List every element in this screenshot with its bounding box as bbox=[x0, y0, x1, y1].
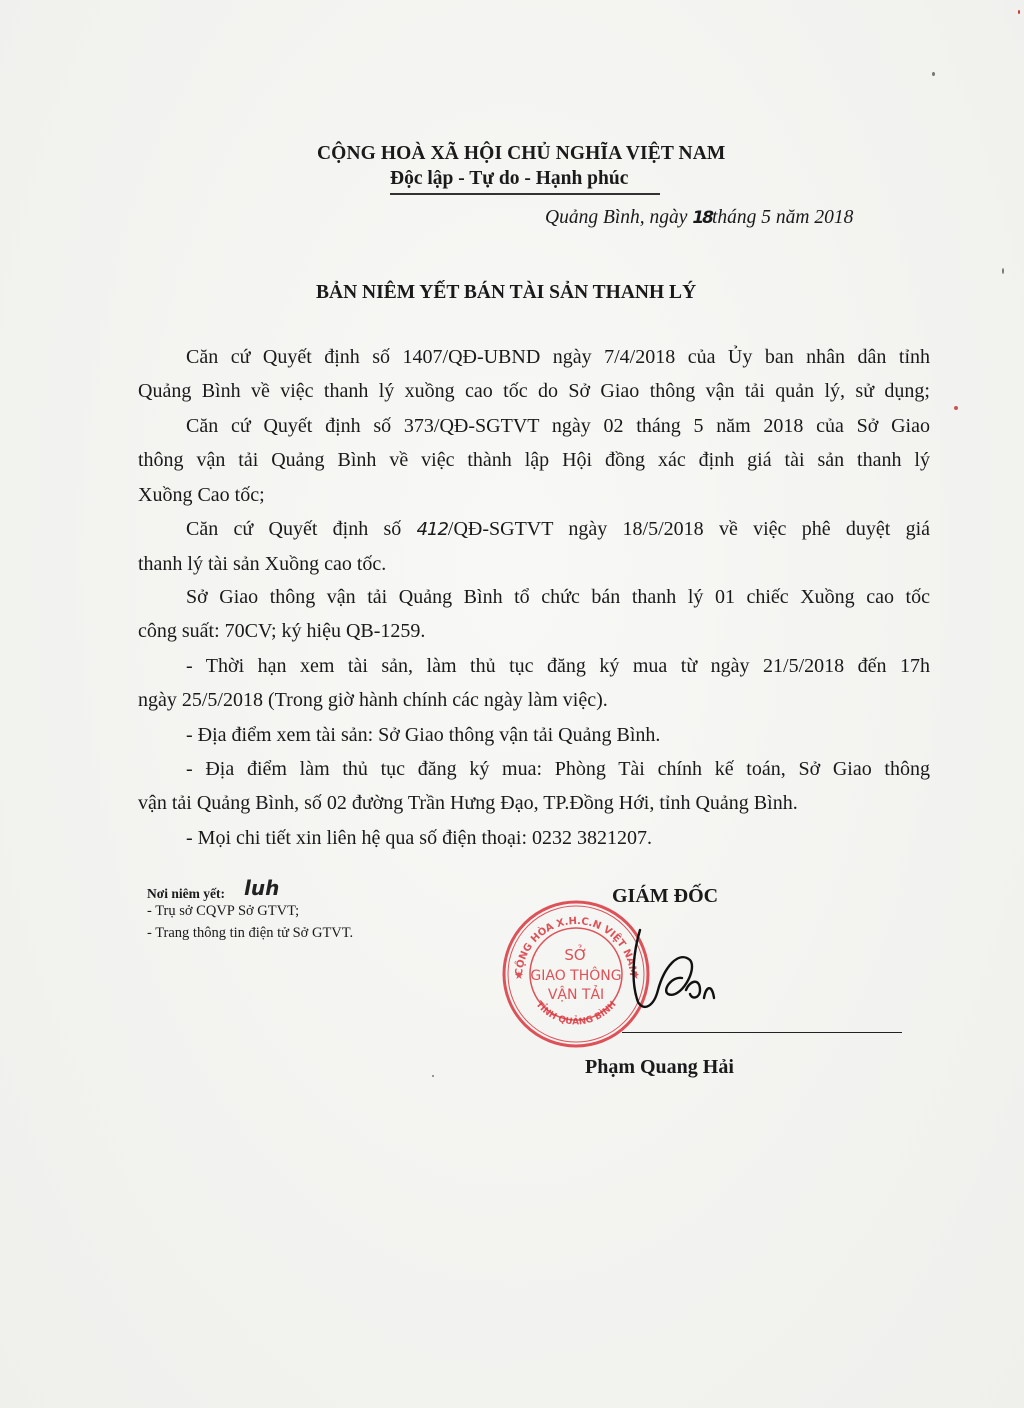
scan-speck bbox=[1018, 10, 1020, 14]
date-suffix: tháng 5 năm 2018 bbox=[712, 207, 853, 228]
paragraph-basis-1: Căn cứ Quyết định số 1407/QĐ-UBND ngày 7… bbox=[138, 340, 930, 409]
svg-text:TỈNH QUẢNG BÌNH: TỈNH QUẢNG BÌNH bbox=[533, 1000, 618, 1028]
paragraph-line: vận tải Quảng Bình, số 02 đường Trần Hưn… bbox=[138, 786, 930, 820]
paragraph-text: /QĐ-SGTVT ngày 18/5/2018 về việc phê duy… bbox=[448, 518, 930, 540]
posting-locations-label: Nơi niêm yết: bbox=[147, 886, 225, 902]
paragraph-line: Xuồng Cao tốc; bbox=[138, 478, 930, 512]
paragraph-viewing-location: - Địa điểm xem tài sản: Sở Giao thông vậ… bbox=[138, 718, 930, 752]
paragraph-line: công suất: 70CV; ký hiệu QB-1259. bbox=[138, 614, 930, 648]
paragraph-text: Căn cứ Quyết định số bbox=[186, 518, 417, 540]
paragraph-line: thông vận tải Quảng Bình về việc thành l… bbox=[138, 443, 930, 477]
paragraph-registration-location: - Địa điểm làm thủ tục đăng ký mua: Phòn… bbox=[138, 752, 930, 821]
svg-text:VẬN TẢI: VẬN TẢI bbox=[548, 985, 604, 1003]
paragraph-line: - Địa điểm xem tài sản: Sở Giao thông vậ… bbox=[186, 724, 660, 746]
svg-text:GIAO THÔNG: GIAO THÔNG bbox=[530, 966, 621, 984]
svg-text:SỞ: SỞ bbox=[564, 944, 587, 964]
paragraph-contact: - Mọi chi tiết xin liên hệ qua số điện t… bbox=[138, 821, 930, 855]
scanned-document-page: CỘNG HOÀ XÃ HỘI CHỦ NGHĨA VIỆT NAM Độc l… bbox=[0, 0, 1024, 1408]
scan-speck bbox=[1002, 268, 1004, 274]
signature-line bbox=[622, 1032, 902, 1033]
svg-text:★: ★ bbox=[514, 969, 524, 982]
paragraph-line: - Thời hạn xem tài sản, làm thủ tục đăng… bbox=[186, 655, 930, 677]
national-title: CỘNG HOÀ XÃ HỘI CHỦ NGHĨA VIỆT NAM bbox=[317, 143, 725, 165]
paragraph-viewing-period: - Thời hạn xem tài sản, làm thủ tục đăng… bbox=[138, 649, 930, 718]
document-title: BẢN NIÊM YẾT BÁN TÀI SẢN THANH LÝ bbox=[316, 282, 696, 304]
paragraph-sale-notice: Sở Giao thông vận tải Quảng Bình tổ chức… bbox=[138, 580, 930, 649]
paragraph-line: thanh lý tài sản Xuồng cao tốc. bbox=[138, 547, 930, 581]
scan-speck bbox=[954, 406, 958, 410]
national-motto: Độc lập - Tự do - Hạnh phúc bbox=[390, 168, 628, 190]
paragraph-line: ngày 25/5/2018 (Trong giờ hành chính các… bbox=[138, 683, 930, 717]
paragraph-basis-3: Căn cứ Quyết định số 412/QĐ-SGTVT ngày 1… bbox=[138, 512, 930, 582]
signer-name: Phạm Quang Hải bbox=[585, 1056, 734, 1079]
paragraph-line: Sở Giao thông vận tải Quảng Bình tổ chức… bbox=[186, 586, 930, 608]
paragraph-basis-2: Căn cứ Quyết định số 373/QĐ-SGTVT ngày 0… bbox=[138, 409, 930, 512]
date-prefix: Quảng Bình, ngày bbox=[545, 207, 692, 228]
paragraph-line: Quảng Bình về việc thanh lý xuồng cao tố… bbox=[138, 374, 930, 408]
motto-underline bbox=[390, 193, 660, 195]
paragraph-line: - Địa điểm làm thủ tục đăng ký mua: Phòn… bbox=[186, 758, 930, 780]
place-date: Quảng Bình, ngày 18tháng 5 năm 2018 bbox=[545, 207, 853, 229]
decision-number-handwritten: 412 bbox=[417, 519, 448, 540]
handwritten-signature bbox=[620, 920, 740, 1020]
scan-speck bbox=[432, 1075, 434, 1077]
handwritten-initials: luh bbox=[244, 876, 279, 900]
posting-location-item: - Trang thông tin điện tử Sở GTVT. bbox=[147, 925, 353, 942]
paragraph-line: Căn cứ Quyết định số 1407/QĐ-UBND ngày 7… bbox=[186, 346, 930, 368]
scan-speck bbox=[932, 72, 935, 76]
paragraph-line: Căn cứ Quyết định số 373/QĐ-SGTVT ngày 0… bbox=[186, 415, 930, 437]
date-day-handwritten: 18 bbox=[692, 208, 712, 228]
posting-location-item: - Trụ sở CQVP Sở GTVT; bbox=[147, 903, 299, 920]
paragraph-line: - Mọi chi tiết xin liên hệ qua số điện t… bbox=[186, 827, 652, 849]
